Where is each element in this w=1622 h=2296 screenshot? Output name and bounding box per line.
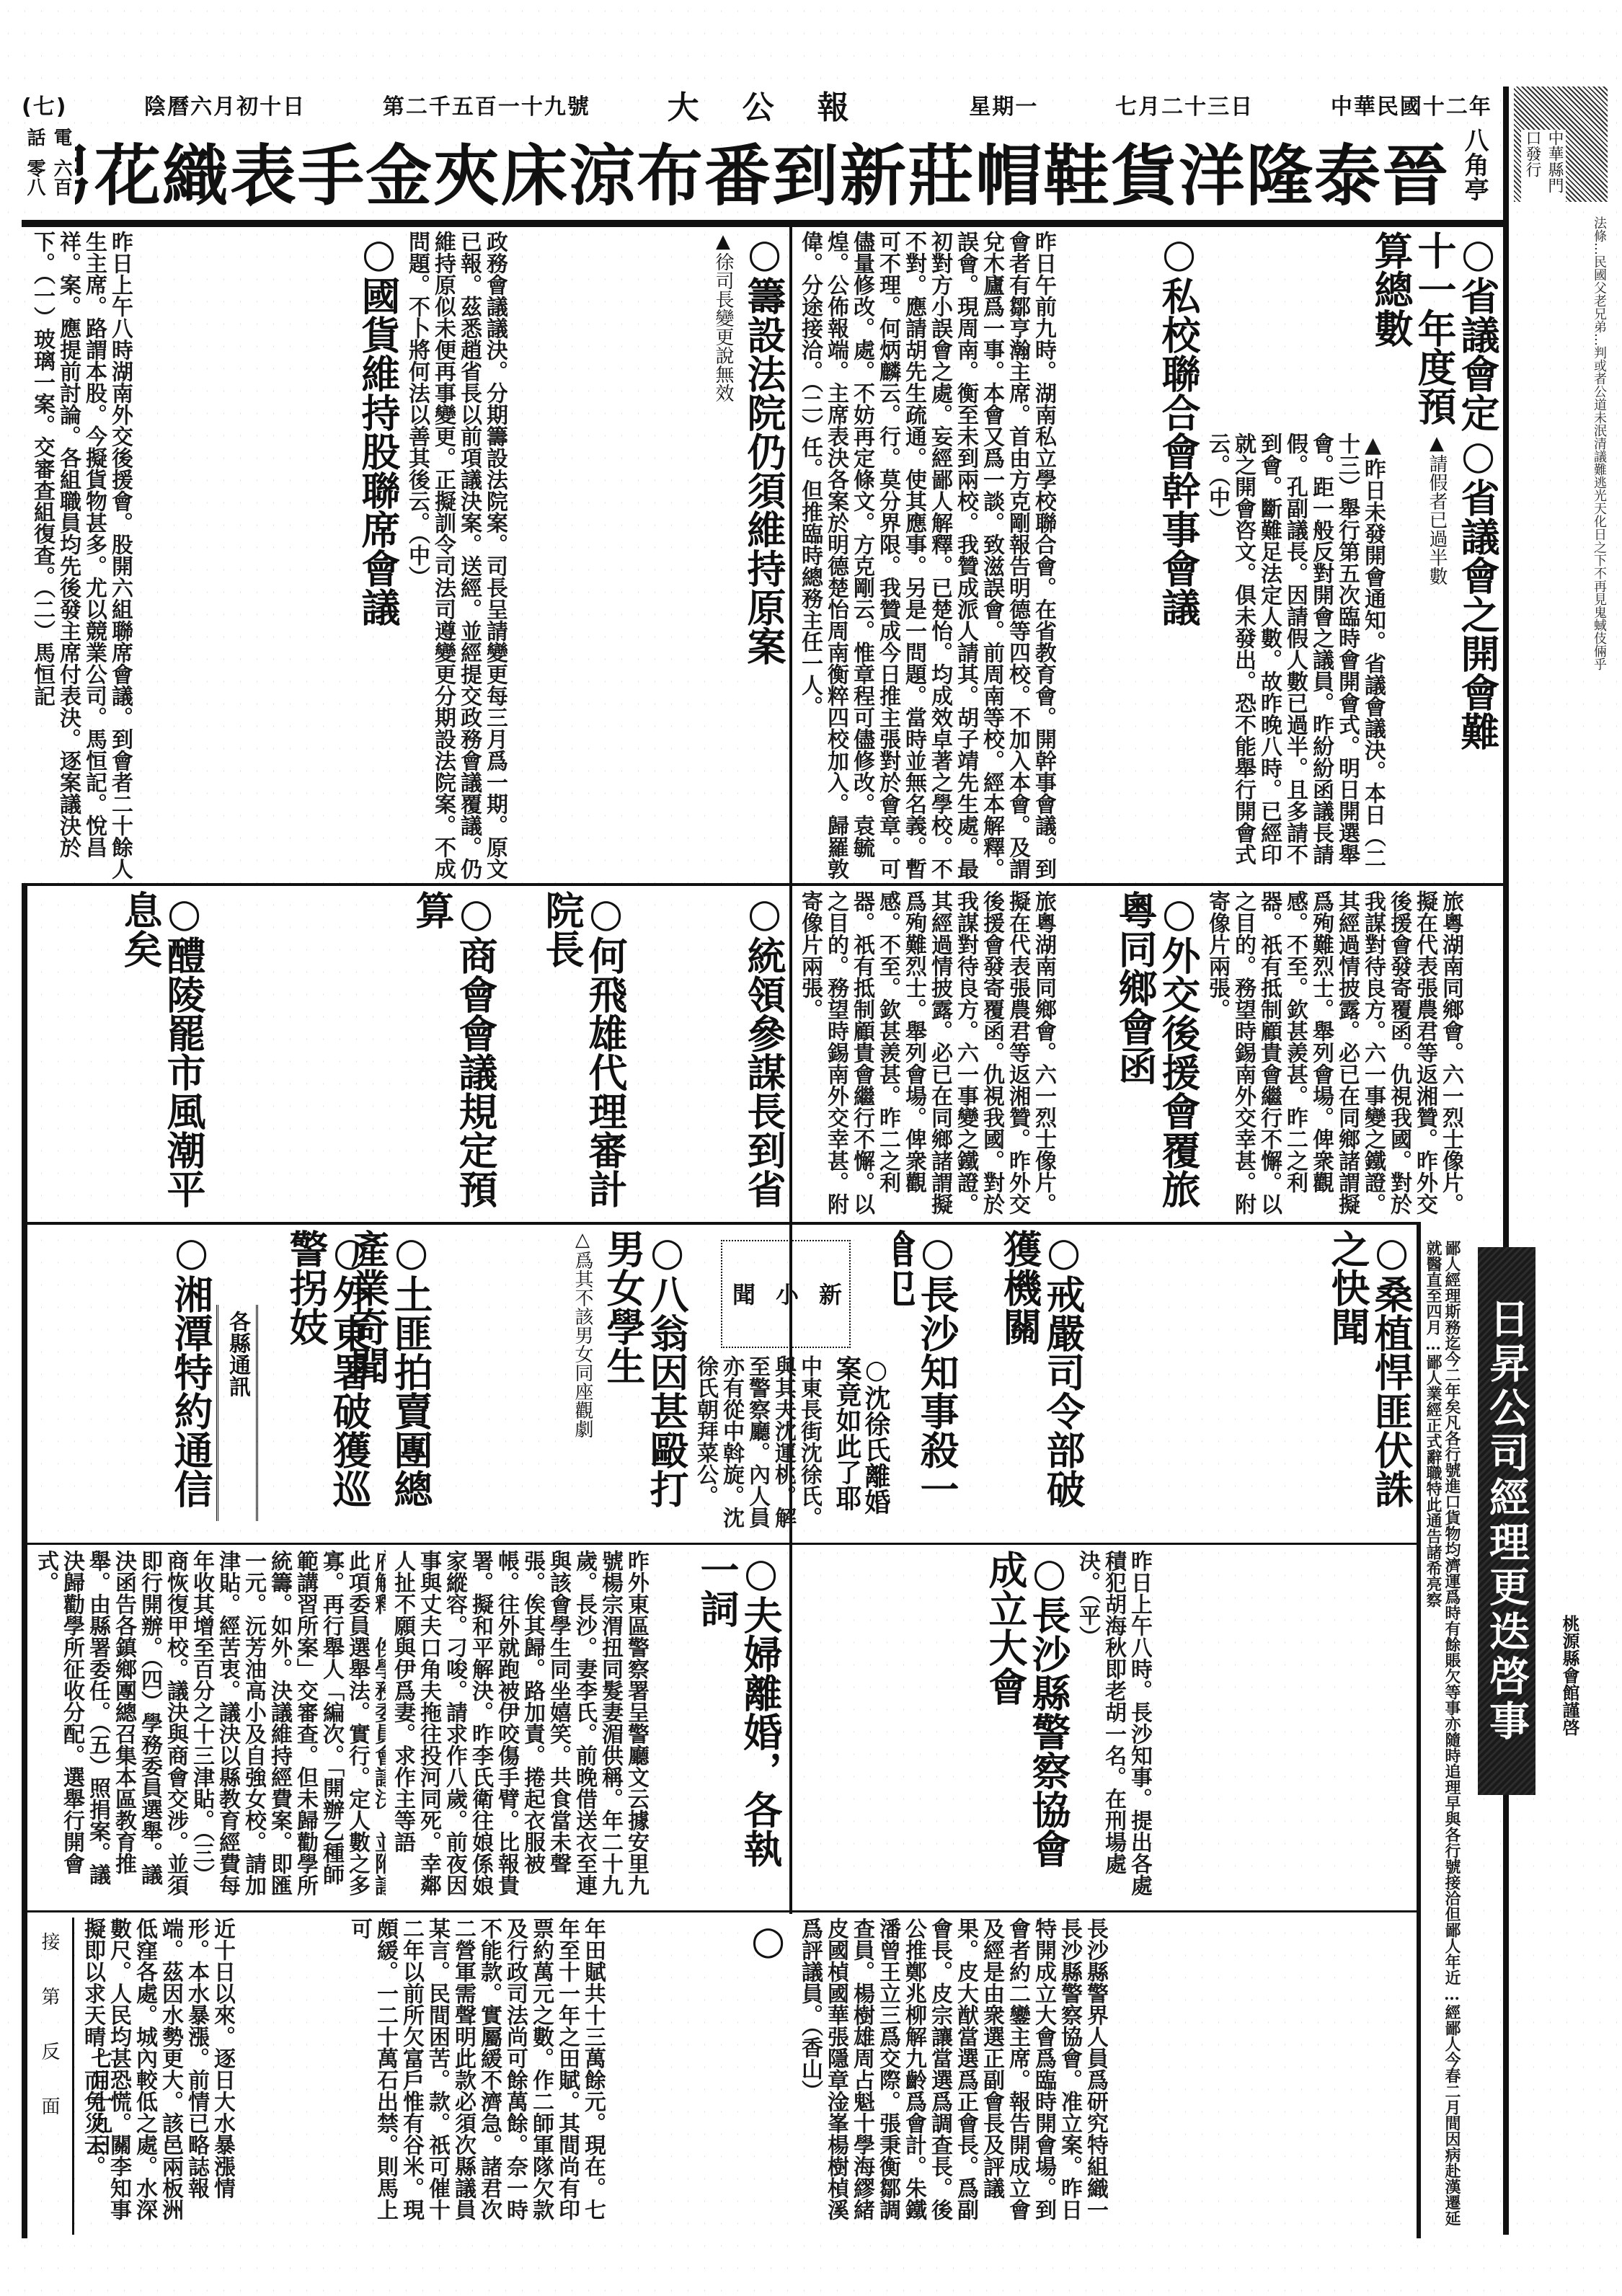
article-body: 昨日上午八時。長沙知事。提出各處積犯胡海秋即老胡一名。在刑場處決。（平） <box>1074 1550 1152 1903</box>
article-sangzhi: 桑植悍匪伏誅之快聞 川軍中潰散之悍匪陳酒由湖北鶴峯竄入桑植。經過石門宜沙。第四旅… <box>1089 1229 1413 1539</box>
article-headline: 八翁因甚毆打男女學生 <box>596 1229 688 1539</box>
row-divider-4 <box>22 1910 1420 1912</box>
article-divorce: 夫婦離婚，各執一詞 昨外東區警察署呈警廳文云據安里九號楊宗渭扭同髮妻湄供稱。年二… <box>389 1550 782 1903</box>
center-divider <box>789 227 792 1914</box>
article-headline <box>740 1918 789 2235</box>
article-body: 政務會議議決。分期籌設法院案。司長呈請變更每三月爲一期。原文已報。茲悉趙省長以前… <box>404 231 508 879</box>
masthead-weekday: 星期一 <box>969 89 1038 120</box>
continued-note-2: 第 <box>36 1987 63 2005</box>
article-headline: 湘潭特約通信 <box>164 1229 213 1539</box>
banner-phone-number: 六百零八 <box>22 159 75 214</box>
article-headline: 戒嚴司令部破獲機關 <box>993 1229 1085 1539</box>
article-headline: 夫婦離婚，各執一詞 <box>690 1550 782 1903</box>
article-shen-xu: 沈徐氏離婚案竟如此了耶 中東長街沈徐氏。與其夫沈運桃。解至警察廳。內人員亦有從中… <box>692 1355 890 1539</box>
article-flood: 近十日以來。逐日大水暴漲情形。本水暴漲。前情已略誌報端。茲因水勢更大。該邑兩板洲… <box>79 1918 342 2235</box>
right-column-divider <box>1503 87 1509 2235</box>
masthead-year: 中華民國十二年 <box>1331 89 1492 120</box>
article-headline: 長沙知事殺一搶犯 <box>894 1229 959 1539</box>
article-headline: 沈徐氏離婚案竟如此了耶 <box>827 1355 890 1539</box>
continued-note: 接 第 反 面 <box>36 1932 63 2115</box>
footer-divider <box>72 1918 74 2235</box>
article-changsha-magistrate: 長沙知事殺一搶犯 <box>894 1229 959 1539</box>
article-audit: 何飛雄代理審計院長 審計院長陳強。因湘西問題調協辦法。各節已誌前報。所已由陳院長… <box>497 890 627 1218</box>
article-subhead: ▲請假者已過半數 <box>1419 433 1450 879</box>
article-budget: 省議會定十一年度預算總數 十一年度下半期預算。已經三讀通過矣。收支係屬適合。用誌… <box>1204 231 1499 433</box>
ad-body-riseng: 鄙人經理斯務迄今二年矣凡各行號進口貨物均濟運爲時有餘賬欠等事亦隨時追理早與各行號… <box>1424 1240 1478 2235</box>
article-police-assoc: 長沙縣警察協會成立大會 長沙縣警界人員爲研究特組織一長沙縣警察協會。准立案。昨日… <box>887 1550 1071 1903</box>
article-foreign-aid: 外交後援會覆旅粵同鄉會函 旅粵湖南同鄉會。六一烈士像片。擬在代表張農君等返湘贊。… <box>797 890 1200 1218</box>
row-divider-3 <box>22 1543 1420 1545</box>
article-body: 中東長街沈徐氏。與其夫沈運桃。解至警察廳。內人員亦有從中斡旋。沈徐氏朝拜菜公。 <box>692 1355 822 1539</box>
masthead-page-number: (七) <box>22 89 67 120</box>
article-body: ▲昨日未發開會通知。省議會議決。本日（二十三）舉行第五次臨時會開會式。明日開選舉… <box>1204 433 1386 879</box>
ad-title-riseng: 日昇公司經理更迭啓事 <box>1478 1247 1535 1795</box>
article-body: 昨日上午八時湖南外交後援會。股開六組聯席會議。到會者二十餘人生主席。路謂本股。今… <box>29 231 133 879</box>
banner-advertisement: 八角亭 晉泰隆洋貨鞋帽莊新到番布涼床夾金手表織花男女緞鞋特別減價 電話 六百零八 <box>22 124 1492 218</box>
article-headline: 統領參謀長到省 <box>737 890 786 1218</box>
masthead: 中華民國十二年 七月二十三日 星期一 大公報 第二千五百一十九號 陰曆六月初十日… <box>22 87 1492 123</box>
article-private-school: 私校聯合會幹事會議 昨日午前九時。湖南私立學校聯合會。在省教育會。開幹事會議。到… <box>797 231 1200 879</box>
masthead-issue-number: 第二千五百一十九號 <box>383 89 590 120</box>
article-headline: 國貨維持股聯席會議 <box>351 231 400 879</box>
article-headline: 外東署破獲巡警拐妓 <box>279 1229 371 1539</box>
ad-column-divider <box>1417 1222 1421 2238</box>
banner-phone: 電話 六百零八 <box>22 128 75 214</box>
article-body: 旅粵湖南同鄉會。六一烈士像片。擬在代表張農君等返湘贊。昨外交後援會發寄覆函。仇視… <box>1204 890 1463 1218</box>
article-body: 昨日午前九時。湖南私立學校聯合會。在省教育會。開幹事會議。到會者有鄒亨瀚主席。首… <box>797 231 1056 879</box>
article-dateline: 七月十九日 <box>83 2047 115 2191</box>
article-headline: 長沙縣警察協會成立大會 <box>978 1550 1071 1903</box>
article-headline: 省議會定十一年度預算總數 <box>1364 231 1499 433</box>
article-elder-beat: 八翁因甚毆打男女學生 △爲其不該男女同座觀劇 湘潭自治講演團。昨在城內城隍廟演劇… <box>433 1229 688 1539</box>
banner-phone-label: 電話 <box>22 128 75 156</box>
article-body: 旅粵湖南同鄉會。六一烈士像片。擬在代表張農君等返湘贊。昨外交後援會發寄覆函。仇視… <box>797 890 1056 1218</box>
article-body: 昨十八日爲該縣教育行政會議。（一）征議日前未經議決之教育經費縣有區有案。多數不明… <box>32 1550 386 1903</box>
article-headline: 省議會之開會難 <box>1450 433 1499 879</box>
article-headline: 私校聯合會幹事會議 <box>1151 231 1200 879</box>
masthead-date: 七月二十三日 <box>1115 89 1254 120</box>
row-divider-2 <box>22 1222 1420 1225</box>
article-liling: 醴陵罷市風潮平息矣 醴陵縣罷市及包圍縣議會。茲悉此項風潮。自防軍劉團長次日未知事… <box>32 890 205 1218</box>
notice-title: 中華縣門口發行 <box>1521 130 1566 202</box>
row-divider-1 <box>22 883 1507 886</box>
continued-note-1: 接 <box>36 1932 63 1951</box>
article-headline: 何飛雄代理審計院長 <box>535 890 627 1218</box>
continued-note-4: 面 <box>36 2096 63 2115</box>
banner-ad-text: 晉泰隆洋貨鞋帽莊新到番布涼床夾金手表織花男女緞鞋特別減價 <box>75 123 1450 218</box>
article-national-goods: 國貨維持股聯席會議 昨日上午八時湖南外交後援會。股開六組聯席會議。到會者二十餘人… <box>29 231 400 879</box>
article-headline: 籌設法院仍須維持原案 <box>737 231 786 879</box>
small-news-char-3: 聞 <box>726 1282 759 1306</box>
article-changde: 年田賦共十三萬餘元。現在。七年至十一年之田賦。其間尚有印票約萬元之數。作二師軍隊… <box>346 1918 789 2235</box>
article-headline: 外交後援會覆旅粵同鄉會函 <box>1108 890 1200 1218</box>
county-news-section-label: 各縣通訊 <box>216 1305 258 1521</box>
article-changsha-magistrate-body: 昨日上午八時。長沙知事。提出各處積犯胡海秋即老胡一名。在刑場處決。（平） <box>1074 1550 1413 1903</box>
notice-body: 法條…民國父老兄弟…判或者公道未泯清議難逃光天化日之下不再見鬼蜮伎倆乎 <box>1514 216 1608 1204</box>
masthead-lunar-date: 陰曆六月初十日 <box>144 89 306 120</box>
small-news-char-1: 小 <box>769 1282 802 1306</box>
article-police-prostitute: 外東署破獲巡警拐妓 ▲無怪乎拐案之多 明月池第十六號徐太婆家之妓女西二分所巡警彭… <box>256 1229 371 1539</box>
article-police-assoc-cont: 長沙縣警界人員爲研究特組織一長沙縣警察協會。准立案。昨日特開成立大會爲臨時開會場… <box>797 1918 1413 2235</box>
article-martial: 戒嚴司令部破獲機關 省垣戒嚴司令部。於昨會同北門小桃源第四號向梅生家。破獲當場捉… <box>959 1229 1085 1539</box>
article-commander: 統領參謀長到省 湘西巡防軍統領部參謀長來湘。寓小東街泰豫旅館。昨調一切。不日即回… <box>627 890 786 1218</box>
left-border <box>22 883 27 2238</box>
article-body: 昨外東區警察署呈警廳文云據安里九號楊宗渭扭同髮妻湄供稱。年二十九歲。長沙。妻李氏… <box>389 1550 649 1903</box>
small-news-label-box: 新 小 聞 <box>721 1240 851 1348</box>
article-xiangtan: 湘潭特約通信 駐潭二師騎兵團一營二營。日前備開拔。派軍需數人至縣署。欲欠數共三千… <box>32 1229 213 1539</box>
article-court: 籌設法院仍須維持原案 ▲徐司長變更說無效 政務會議議決。分期籌設法院案。司長呈請… <box>404 231 786 879</box>
article-assembly-opening: 省議會之開會難 ▲請假者已過半數 ▲昨日未發開會通知。省議會議決。本日（二十三）… <box>1204 433 1499 879</box>
article-subhead: △爲其不該男女同座觀劇 <box>565 1229 596 1539</box>
ad-signature: 桃源縣會館謹啓 <box>1557 1615 1582 1903</box>
article-headline: 桑植悍匪伏誅之快聞 <box>1321 1229 1413 1539</box>
article-subhead: ▲徐司長變更說無效 <box>706 231 737 879</box>
article-tianfu: 昨十八日爲該縣教育行政會議。（一）征議日前未經議決之教育經費縣有區有案。多數不明… <box>32 1550 386 1903</box>
article-chamber: 商會會議規定預算 商會昨日召集全體會董會報告略謂。本會自改組成立用費不能不有一定… <box>209 890 497 1218</box>
paper-name: 大公報 <box>668 81 892 128</box>
article-headline: 醴陵罷市風潮平息矣 <box>113 890 205 1218</box>
article-headline: 商會會議規定預算 <box>405 890 497 1218</box>
continued-note-3: 反 <box>36 2042 63 2060</box>
masthead-rule <box>22 220 1507 227</box>
ad-body-text: 鄙人經理斯務迄今二年矣凡各行號進口貨物均濟運爲時有餘賬欠等事亦隨時追理早與各行號… <box>1424 1240 1461 2235</box>
article-body: 年田賦共十三萬餘元。現在。七年至十一年之田賦。其間尚有印票約萬元之數。作二師軍隊… <box>346 1918 606 2235</box>
banner-location: 八角亭 <box>1457 128 1492 214</box>
right-notice-column: 中華縣門口發行 法條…民國父老兄弟…判或者公道未泯清議難逃光天化日之下不再見鬼蜮… <box>1514 87 1608 2235</box>
article-body: 長沙縣警界人員爲研究特組織一長沙縣警察協會。准立案。昨日特開成立大會爲臨時開會場… <box>797 1918 1108 2235</box>
small-news-char-2: 新 <box>812 1282 846 1306</box>
article-foreign-aid-continued: 旅粵湖南同鄉會。六一烈士像片。擬在代表張農君等返湘贊。昨外交後援會發寄覆函。仇視… <box>1204 890 1499 1218</box>
